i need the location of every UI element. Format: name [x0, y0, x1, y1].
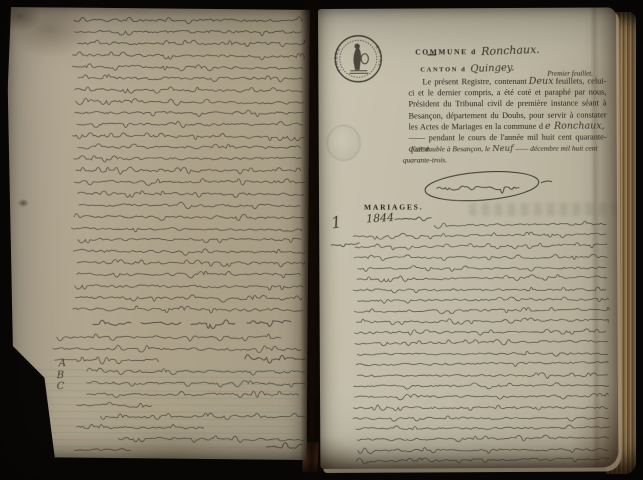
margin-letter-c: C [57, 381, 65, 392]
margin-letter-a: A [59, 358, 66, 369]
left-page: A B C [6, 7, 310, 460]
handwritten-act-text [6, 7, 310, 460]
right-page: TIMBRE ROYAL COMMUNE d Ronchaux. CANTON … [318, 7, 618, 469]
handwritten-act-body [318, 7, 618, 469]
president-signature-flourish [424, 168, 552, 205]
archival-register-scan: A B C TIMBRE ROY [0, 0, 643, 480]
margin-letter-b: B [57, 370, 64, 381]
